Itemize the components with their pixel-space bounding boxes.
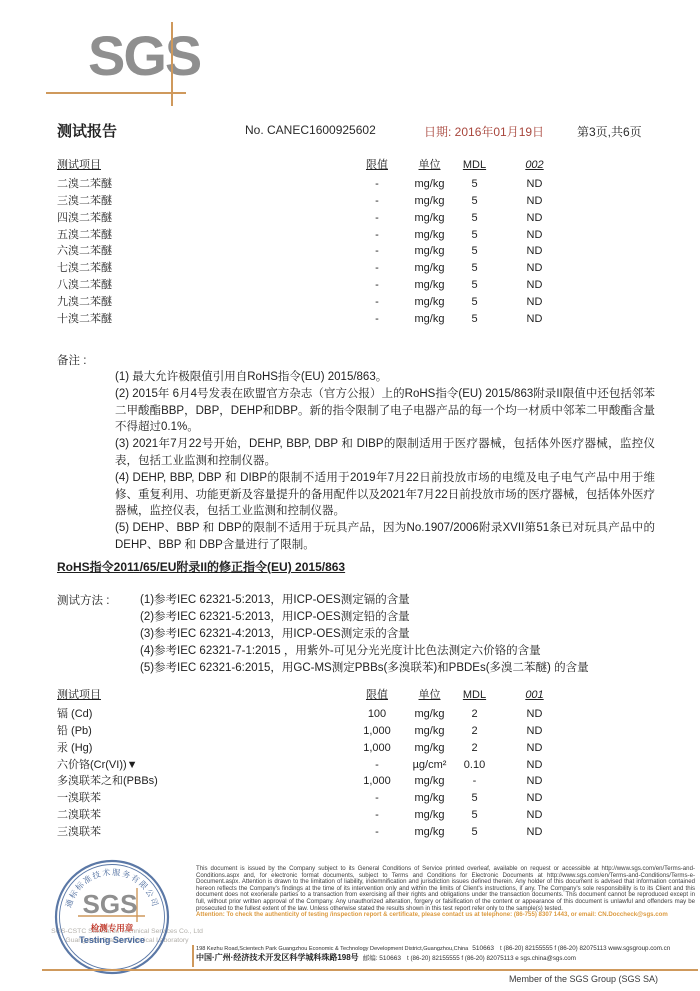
col-header-mdl: MDL [452,687,497,704]
table-row: 镉 (Cd) 100 mg/kg 2 ND [57,706,572,723]
unit-value: mg/kg [407,294,452,311]
table-row: 十溴二苯醚 - mg/kg 5 ND [57,311,572,328]
table-row: 八溴二苯醚 - mg/kg 5 ND [57,277,572,294]
test-item-name: 三溴二苯醚 [57,193,347,210]
result-value: ND [497,227,572,244]
limit-value: - [347,294,407,311]
note-item: (1) 最大允许极限值引用自RoHS指令(EU) 2015/863。 [115,369,655,386]
col-header-sample-id: 001 [497,687,572,704]
unit-value: mg/kg [407,176,452,193]
table-header-row: 测试项目 限值 单位 MDL 001 [57,687,572,704]
mdl-value: 5 [452,311,497,328]
note-item: (5) DEHP、BBP 和 DBP的限制不适用于玩具产品，因为No.1907/… [115,520,655,554]
limit-value: - [347,790,407,807]
result-value: ND [497,277,572,294]
mdl-value: 5 [452,277,497,294]
mdl-value: 5 [452,243,497,260]
limit-value: - [347,260,407,277]
mdl-value: 5 [452,294,497,311]
test-method-item: (3)参考IEC 62321-4:2013，用ICP-OES测定汞的含量 [140,626,655,643]
limit-value: 1,000 [347,723,407,740]
limit-value: - [347,227,407,244]
result-value: ND [497,740,572,757]
address-row-cn: 中国·广州·经济技术开发区科学城科珠路198号 邮编: 510663 t (86… [196,952,696,963]
logo-vertical-line [171,22,173,106]
seal-sgs-text: SGS [83,889,138,919]
unit-value: mg/kg [407,824,452,841]
mdl-value: - [452,773,497,790]
seal-stamp-en: Testing Service [79,935,145,945]
table-header-row: 测试项目 限值 单位 MDL 002 [57,157,572,174]
limit-value: 100 [347,706,407,723]
seal-stamp-cn: 检测专用章 [91,923,134,933]
mdl-value: 2 [452,740,497,757]
result-value: ND [497,757,572,774]
col-header-unit: 单位 [407,687,452,704]
test-item-name: 三溴联苯 [57,824,347,841]
test-item-name: 铅 (Pb) [57,723,347,740]
table-row: 四溴二苯醚 - mg/kg 5 ND [57,210,572,227]
table-row: 六溴二苯醚 - mg/kg 5 ND [57,243,572,260]
table-row: 九溴二苯醚 - mg/kg 5 ND [57,294,572,311]
notes-list: (1) 最大允许极限值引用自RoHS指令(EU) 2015/863。(2) 20… [115,369,655,554]
test-item-name: 八溴二苯醚 [57,277,347,294]
notes-label: 备注 : [57,352,86,368]
unit-value: mg/kg [407,740,452,757]
mdl-value: 5 [452,807,497,824]
col-header-sample-id: 002 [497,157,572,174]
page-number: 第3页,共6页 [577,123,642,140]
table-body: 镉 (Cd) 100 mg/kg 2 ND 铅 (Pb) 1,000 mg/kg… [57,706,572,841]
attention-notice: Attention: To check the authenticity of … [196,911,668,918]
result-value: ND [497,706,572,723]
limit-value: 1,000 [347,773,407,790]
unit-value: µg/cm² [407,757,452,774]
col-header-limit: 限值 [347,157,407,174]
test-method-item: (2)参考IEC 62321-5:2013，用ICP-OES测定铅的含量 [140,609,655,626]
mdl-value: 5 [452,176,497,193]
address-cn-contact: t (86-20) 82155555 f (86-20) 82075113 e … [407,955,576,962]
table-row: 二溴联苯 - mg/kg 5 ND [57,807,572,824]
logo-horizontal-line [46,92,186,94]
address-cn: 中国·广州·经济技术开发区科学城科珠路198号 [196,952,359,963]
unit-value: mg/kg [407,807,452,824]
result-value: ND [497,723,572,740]
result-value: ND [497,311,572,328]
result-value: ND [497,790,572,807]
table-row: 三溴二苯醚 - mg/kg 5 ND [57,193,572,210]
limit-value: - [347,193,407,210]
result-value: ND [497,773,572,790]
unit-value: mg/kg [407,243,452,260]
note-item: (3) 2021年7月22号开始，DEHP, BBP, DBP 和 DIBP的限… [115,436,655,470]
test-report-page: SGS 测试报告 No. CANEC1600925602 日期: 2016年01… [0,0,700,991]
result-value: ND [497,260,572,277]
legal-disclaimer-text: This document is issued by the Company s… [196,865,695,912]
unit-value: mg/kg [407,311,452,328]
address-row-en: 198 Kezhu Road,Scientech Park Guangzhou … [196,945,696,952]
address-en-zip: 510663 [472,945,494,952]
unit-value: mg/kg [407,260,452,277]
test-item-name: 五溴二苯醚 [57,227,347,244]
table-row: 一溴联苯 - mg/kg 5 ND [57,790,572,807]
result-value: ND [497,210,572,227]
test-item-name: 多溴联苯之和(PBBs) [57,773,347,790]
unit-value: mg/kg [407,227,452,244]
test-item-name: 汞 (Hg) [57,740,347,757]
table-row: 多溴联苯之和(PBBs) 1,000 mg/kg - ND [57,773,572,790]
report-number: No. CANEC1600925602 [245,123,376,137]
testing-service-seal: 通标标准技术服务有限公司 SGS 检测专用章 Testing Service [48,856,176,978]
unit-value: mg/kg [407,723,452,740]
rohs-results-table: 测试项目 限值 单位 MDL 001 镉 (Cd) 100 mg/kg 2 ND… [57,687,572,841]
limit-value: - [347,210,407,227]
sgs-logo: SGS [88,28,200,84]
test-method-item: (4)参考IEC 62321-7-1:2015 ，用紫外-可见分光光度计比色法测… [140,643,655,660]
address-block: 198 Kezhu Road,Scientech Park Guangzhou … [196,945,696,963]
table-row: 铅 (Pb) 1,000 mg/kg 2 ND [57,723,572,740]
limit-value: 1,000 [347,740,407,757]
address-divider-line [192,945,194,967]
footer-rule-line [42,969,698,971]
table-row: 五溴二苯醚 - mg/kg 5 ND [57,227,572,244]
result-value: ND [497,243,572,260]
test-item-name: 六溴二苯醚 [57,243,347,260]
test-item-name: 六价铬(Cr(VI))▼ [57,757,347,774]
table-row: 三溴联苯 - mg/kg 5 ND [57,824,572,841]
pbde-results-table: 测试项目 限值 单位 MDL 002 二溴二苯醚 - mg/kg 5 ND 三溴… [57,157,572,328]
mdl-value: 5 [452,824,497,841]
col-header-unit: 单位 [407,157,452,174]
test-item-name: 镉 (Cd) [57,706,347,723]
address-cn-zip: 邮编: 510663 [363,953,401,962]
mdl-value: 5 [452,260,497,277]
test-method-list: (1)参考IEC 62321-5:2013，用ICP-OES测定镉的含量(2)参… [140,592,655,677]
address-en-contact: t (86-20) 82155555 f (86-20) 82075113 ww… [500,945,670,952]
mdl-value: 5 [452,790,497,807]
note-item: (2) 2015年 6月4号发表在欧盟官方杂志（官方公报）上的RoHS指令(EU… [115,386,655,436]
test-method-item: (1)参考IEC 62321-5:2013，用ICP-OES测定镉的含量 [140,592,655,609]
result-value: ND [497,807,572,824]
result-value: ND [497,176,572,193]
unit-value: mg/kg [407,790,452,807]
result-value: ND [497,193,572,210]
limit-value: - [347,311,407,328]
sgs-logo-text: SGS [88,28,200,84]
limit-value: - [347,757,407,774]
test-item-name: 二溴联苯 [57,807,347,824]
unit-value: mg/kg [407,706,452,723]
test-item-name: 一溴联苯 [57,790,347,807]
sgs-member-text: Member of the SGS Group (SGS SA) [509,974,658,984]
section-title-rohs-amendment: RoHS指令2011/65/EU附录II的修正指令(EU) 2015/863 [57,558,345,575]
mdl-value: 5 [452,210,497,227]
table-row: 二溴二苯醚 - mg/kg 5 ND [57,176,572,193]
test-method-label: 测试方法 : [57,592,109,608]
mdl-value: 5 [452,227,497,244]
report-date: 日期: 2016年01月19日 [424,123,544,140]
limit-value: - [347,277,407,294]
page-title: 测试报告 [57,120,117,141]
test-item-name: 九溴二苯醚 [57,294,347,311]
limit-value: - [347,807,407,824]
col-header-test-item: 测试项目 [57,687,347,704]
test-item-name: 十溴二苯醚 [57,311,347,328]
unit-value: mg/kg [407,277,452,294]
col-header-mdl: MDL [452,157,497,174]
mdl-value: 2 [452,723,497,740]
table-row: 六价铬(Cr(VI))▼ - µg/cm² 0.10 ND [57,757,572,774]
mdl-value: 2 [452,706,497,723]
limit-value: - [347,243,407,260]
col-header-limit: 限值 [347,687,407,704]
unit-value: mg/kg [407,193,452,210]
test-item-name: 四溴二苯醚 [57,210,347,227]
limit-value: - [347,176,407,193]
test-item-name: 二溴二苯醚 [57,176,347,193]
mdl-value: 0.10 [452,757,497,774]
result-value: ND [497,824,572,841]
note-item: (4) DEHP, BBP, DBP 和 DIBP的限制不适用于2019年7月2… [115,470,655,520]
result-value: ND [497,294,572,311]
unit-value: mg/kg [407,210,452,227]
test-method-item: (5)参考IEC 62321-6:2015，用GC-MS测定PBBs(多溴联苯)… [140,660,655,677]
unit-value: mg/kg [407,773,452,790]
legal-disclaimer: This document is issued by the Company s… [196,866,695,919]
table-row: 七溴二苯醚 - mg/kg 5 ND [57,260,572,277]
table-body: 二溴二苯醚 - mg/kg 5 ND 三溴二苯醚 - mg/kg 5 ND 四溴… [57,176,572,328]
table-row: 汞 (Hg) 1,000 mg/kg 2 ND [57,740,572,757]
test-item-name: 七溴二苯醚 [57,260,347,277]
col-header-test-item: 测试项目 [57,157,347,174]
limit-value: - [347,824,407,841]
mdl-value: 5 [452,193,497,210]
